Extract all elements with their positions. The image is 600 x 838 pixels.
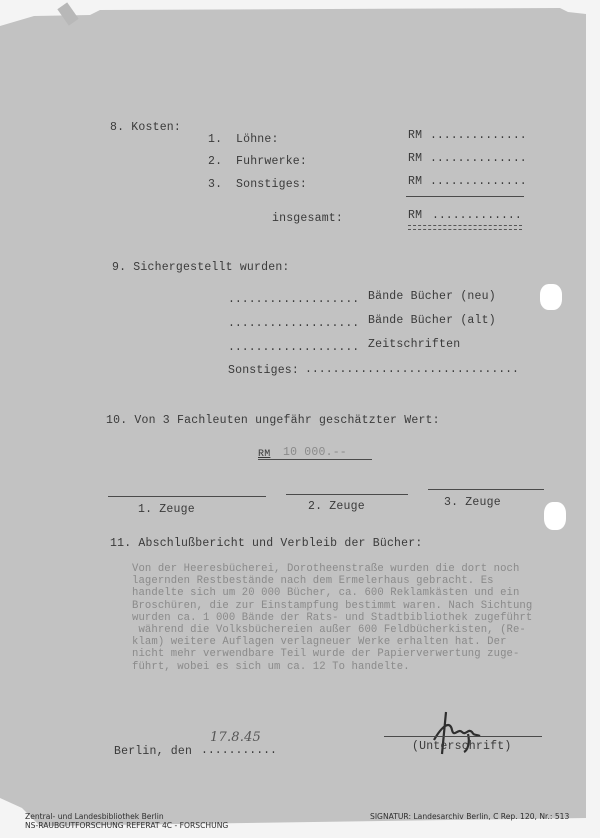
signature-label: (Unterschrift) bbox=[412, 740, 511, 753]
value-underline bbox=[258, 459, 372, 460]
secured-item-label: Bände Bücher (neu) bbox=[368, 290, 496, 303]
cost-item-currency: RM bbox=[408, 175, 422, 188]
footer-left: Zentral- und Landesbibliothek Berlin NS-… bbox=[25, 813, 228, 830]
witness-2-line bbox=[286, 494, 408, 495]
cost-item-value: .............. bbox=[430, 152, 527, 165]
witness-1-line bbox=[108, 496, 266, 497]
cost-item-value: .............. bbox=[430, 129, 527, 142]
handwritten-date: 17.8.45 bbox=[210, 730, 261, 745]
section9-label: 9. Sichergestellt wurden: bbox=[112, 261, 290, 274]
secured-item-label: Bände Bücher (alt) bbox=[368, 314, 496, 327]
footer-department: NS-RAUBGUTFORSCHUNG REFERAT 4C - FORSCHU… bbox=[25, 822, 228, 831]
cost-item-label: Fuhrwerke: bbox=[236, 155, 307, 168]
cost-item-num: 3. bbox=[208, 178, 222, 191]
final-report-text: Von der Heeresbücherei, Dorotheenstraße … bbox=[132, 563, 582, 673]
subtotal-rule bbox=[406, 196, 524, 197]
footer-signature-ref: SIGNATUR: Landesarchiv Berlin, C Rep. 12… bbox=[370, 813, 569, 822]
cost-item-label: Sonstiges: bbox=[236, 178, 307, 191]
witness-3-line bbox=[428, 489, 544, 490]
punch-hole-bottom bbox=[544, 502, 566, 530]
witness-1-label: 1. Zeuge bbox=[138, 503, 195, 516]
cost-item-currency: RM bbox=[408, 152, 422, 165]
cost-item-label: Löhne: bbox=[236, 133, 279, 146]
secured-other-dots: ............................... bbox=[305, 363, 519, 376]
witness-2-label: 2. Zeuge bbox=[308, 500, 365, 513]
secured-dots: ................... bbox=[228, 293, 359, 306]
secured-dots: ................... bbox=[228, 317, 359, 330]
secured-dots: ................... bbox=[228, 341, 359, 354]
place-label: Berlin, den bbox=[114, 745, 192, 758]
witness-3-label: 3. Zeuge bbox=[444, 496, 501, 509]
section11-label: 11. Abschlußbericht und Verbleib der Büc… bbox=[110, 537, 422, 550]
date-dots: ........... bbox=[201, 744, 277, 757]
total-double-rule bbox=[408, 225, 522, 230]
cost-item-value: .............. bbox=[430, 175, 527, 188]
signature-line bbox=[384, 736, 542, 737]
section8-label: 8. Kosten: bbox=[110, 121, 181, 134]
secured-item-label: Zeitschriften bbox=[368, 338, 460, 351]
cost-item-currency: RM bbox=[408, 129, 422, 142]
total-value: ............. bbox=[432, 209, 522, 222]
punch-hole-top bbox=[540, 284, 562, 310]
cost-item-num: 1. bbox=[208, 133, 222, 146]
section10-label: 10. Von 3 Fachleuten ungefähr geschätzte… bbox=[106, 414, 440, 427]
secured-other-label: Sonstiges: bbox=[228, 364, 299, 377]
total-currency: RM bbox=[408, 209, 422, 222]
cost-item-num: 2. bbox=[208, 155, 222, 168]
value-amount: 10 000.-- bbox=[283, 446, 347, 459]
total-label: insgesamt: bbox=[272, 212, 343, 225]
